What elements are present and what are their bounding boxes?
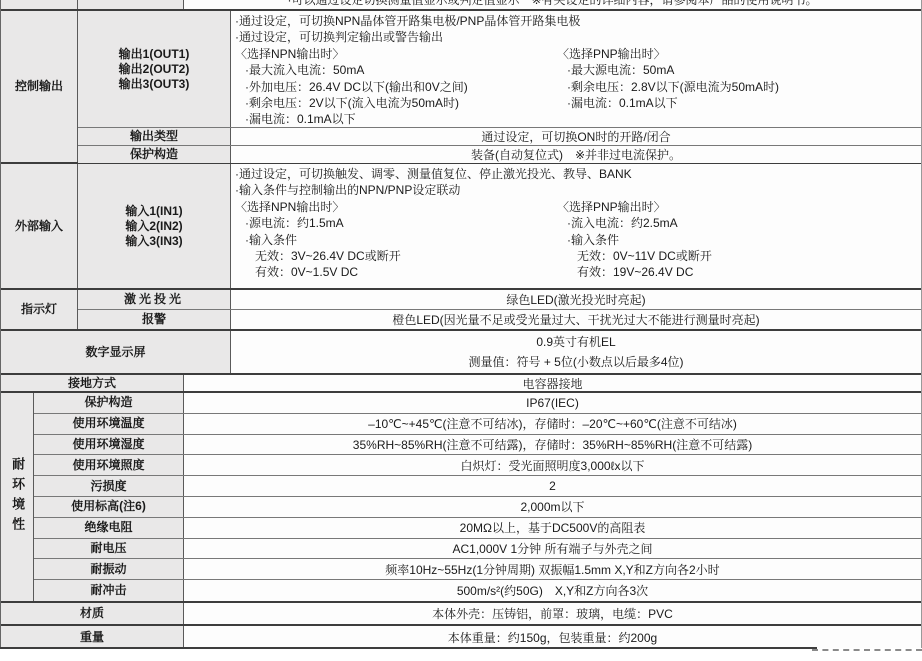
laser-indicator-value: 绿色LED(激光投光时亮起)	[231, 290, 921, 309]
env-shock-row: 耐冲击 500m/s²(约50G) X,Y和Z方向各3次	[34, 580, 921, 601]
input-npn-line4: 有效：0V~1.5V DC	[235, 264, 557, 280]
npn-line4: ·漏电流：0.1mA以下	[235, 111, 557, 127]
spec-sheet-page: ·可以通过设定切换测量值显示或判定值显示 ※有关设定的详细内容，请参阅本产品的使…	[0, 0, 922, 661]
pnp-line3: ·漏电流：0.1mA以下	[557, 95, 921, 111]
clipped-row-label-b	[78, 0, 184, 9]
material-value: 本体外壳：压铸铝，前罩：玻璃，电缆：PVC	[184, 603, 921, 624]
external-input-detail: ·通过设定，可切换触发、调零、测量值复位、停止激光投光、教导、BANK ·输入条…	[231, 164, 921, 288]
output2-label: 输出2(OUT2)	[119, 62, 190, 77]
npn-line3: ·剩余电压：2V以下(流入电流为50mA时)	[235, 95, 557, 111]
env-insulation-row: 绝缘电阻 20MΩ以上，基于DC500V的高阻表	[34, 518, 921, 539]
table-bottom-border	[0, 647, 817, 649]
digital-display-row: 数字显示屏 0.9英寸有机EL 测量值：符号 + 5位(小数点以后最多4位)	[1, 331, 921, 375]
material-label: 材质	[1, 603, 184, 624]
npn-header: 〈选择NPN输出时〉	[235, 46, 557, 62]
external-input-section: 外部输入 输入1(IN1) 输入2(IN2) 输入3(IN3) ·通过设定，可切…	[1, 164, 921, 290]
env-temperature-value: –10℃~+45℃(注意不可结冰)，存储时：–20℃~+60℃(注意不可结冰)	[184, 414, 921, 434]
material-row: 材质 本体外壳：压铸铝，前罩：玻璃，电缆：PVC	[1, 603, 921, 626]
env-withstand-voltage-value: AC1,000V 1分钟 所有端子与外壳之间	[184, 539, 921, 559]
clipped-row-label-a	[1, 0, 78, 9]
specification-table: ·可以通过设定切换测量值显示或判定值显示 ※有关设定的详细内容，请参阅本产品的使…	[0, 0, 922, 648]
input-pnp-line2: ·输入条件	[557, 232, 921, 248]
env-withstand-voltage-row: 耐电压 AC1,000V 1分钟 所有端子与外壳之间	[34, 539, 921, 560]
env-insulation-value: 20MΩ以上，基于DC500V的高阻表	[184, 518, 921, 538]
env-vibration-value: 频率10Hz~55Hz(1分钟周期) 双振幅1.5mm X,Y和Z方向各2小时	[184, 559, 921, 579]
input-pnp-line1: ·流入电流：约2.5mA	[557, 215, 921, 231]
env-protection-value: IP67(IEC)	[184, 393, 921, 413]
environment-vertical-text: 耐环境性	[9, 457, 25, 537]
clipped-row-content: ·可以通过设定切换测量值显示或判定值显示 ※有关设定的详细内容，请参阅本产品的使…	[184, 0, 921, 9]
alarm-indicator-label: 报警	[78, 310, 231, 329]
inputs-label: 输入1(IN1) 输入2(IN2) 输入3(IN3)	[78, 164, 231, 288]
input-npn-line3: 无效：3V~26.4V DC或断开	[235, 248, 557, 264]
outputs-label: 输出1(OUT1) 输出2(OUT2) 输出3(OUT3)	[78, 11, 231, 127]
grounding-label: 接地方式	[1, 375, 184, 391]
output-type-row: 输出类型 通过设定，可切换ON时的开路/闭合	[78, 128, 921, 146]
npn-line2: ·外加电压：26.4V DC以下(输出和0V之间)	[235, 79, 557, 95]
env-illuminance-row: 使用环境照度 白炽灯：受光面照明度3,000ℓx以下	[34, 455, 921, 476]
output-protection-row: 保护构造 装备(自动复位式) ※并非过电流保护。	[78, 146, 921, 163]
alarm-indicator-value: 橙色LED(因光量不足或受光量过大、干扰光过大不能进行测量时亮起)	[231, 310, 921, 329]
laser-indicator-row: 激光投光 绿色LED(激光投光时亮起)	[78, 290, 921, 310]
env-temperature-row: 使用环境温度 –10℃~+45℃(注意不可结冰)，存储时：–20℃~+60℃(注…	[34, 414, 921, 435]
control-output-bullet1: ·通过设定，可切换NPN晶体管开路集电极/PNP晶体管开路集电极	[235, 13, 921, 29]
env-pollution-label: 污损度	[34, 476, 184, 496]
control-output-main-row: 输出1(OUT1) 输出2(OUT2) 输出3(OUT3) ·通过设定，可切换N…	[78, 11, 921, 128]
env-withstand-voltage-label: 耐电压	[34, 539, 184, 559]
grounding-row: 接地方式 电容器接地	[1, 375, 921, 393]
pnp-line2: ·剩余电压：2.8V以下(源电流为50mA时)	[557, 79, 921, 95]
output-type-label: 输出类型	[78, 128, 231, 145]
output-protection-value: 装备(自动复位式) ※并非过电流保护。	[231, 146, 921, 163]
external-input-npn-column: 〈选择NPN输出时〉 ·源电流：约1.5mA ·输入条件 无效：3V~26.4V…	[235, 199, 557, 281]
pnp-header: 〈选择PNP输出时〉	[557, 46, 921, 62]
env-altitude-label: 使用标高(注6)	[34, 497, 184, 517]
grounding-value: 电容器接地	[184, 375, 921, 391]
control-output-npn-column: 〈选择NPN输出时〉 ·最大流入电流：50mA ·外加电压：26.4V DC以下…	[235, 46, 557, 128]
clipped-row-text: ·可以通过设定切换测量值显示或判定值显示 ※有关设定的详细内容，请参阅本产品的使…	[287, 0, 817, 8]
indicator-section-label: 指示灯	[1, 290, 78, 329]
dashed-cutoff-line	[812, 649, 922, 651]
weight-label: 重量	[1, 626, 184, 648]
env-altitude-row: 使用标高(注6) 2,000m以下	[34, 497, 921, 518]
control-output-columns: 〈选择NPN输出时〉 ·最大流入电流：50mA ·外加电压：26.4V DC以下…	[235, 46, 921, 128]
input-npn-header: 〈选择NPN输出时〉	[235, 199, 557, 215]
env-protection-row: 保护构造 IP67(IEC)	[34, 393, 921, 414]
environment-section: 耐环境性 保护构造 IP67(IEC) 使用环境温度 –10℃~+45℃(注意不…	[1, 393, 921, 603]
input-pnp-line4: 有效：19V~26.4V DC	[557, 264, 921, 280]
env-humidity-value: 35%RH~85%RH(注意不可结露)，存储时：35%RH~85%RH(注意不可…	[184, 435, 921, 455]
npn-line1: ·最大流入电流：50mA	[235, 62, 557, 78]
env-vibration-label: 耐振动	[34, 559, 184, 579]
pnp-line1: ·最大源电流：50mA	[557, 62, 921, 78]
environment-section-label: 耐环境性	[1, 393, 34, 601]
external-input-columns: 〈选择NPN输出时〉 ·源电流：约1.5mA ·输入条件 无效：3V~26.4V…	[235, 199, 921, 281]
alarm-indicator-row: 报警 橙色LED(因光量不足或受光量过大、干扰光过大不能进行测量时亮起)	[78, 310, 921, 329]
input-pnp-line3: 无效：0V~11V DC或断开	[557, 248, 921, 264]
env-illuminance-value: 白炽灯：受光面照明度3,000ℓx以下	[184, 455, 921, 475]
output1-label: 输出1(OUT1)	[119, 47, 190, 62]
control-output-section-label: 控制输出	[1, 11, 78, 162]
external-input-pnp-column: 〈选择PNP输出时〉 ·流入电流：约2.5mA ·输入条件 无效：0V~11V …	[557, 199, 921, 281]
env-shock-label: 耐冲击	[34, 580, 184, 601]
laser-indicator-label: 激光投光	[78, 290, 231, 309]
input-npn-line1: ·源电流：约1.5mA	[235, 215, 557, 231]
control-output-pnp-column: 〈选择PNP输出时〉 ·最大源电流：50mA ·剩余电压：2.8V以下(源电流为…	[557, 46, 921, 128]
env-protection-label: 保护构造	[34, 393, 184, 413]
input-pnp-header: 〈选择PNP输出时〉	[557, 199, 921, 215]
env-vibration-row: 耐振动 频率10Hz~55Hz(1分钟周期) 双振幅1.5mm X,Y和Z方向各…	[34, 559, 921, 580]
control-output-detail: ·通过设定，可切换NPN晶体管开路集电极/PNP晶体管开路集电极 ·通过设定，可…	[231, 11, 921, 127]
env-temperature-label: 使用环境温度	[34, 414, 184, 434]
control-output-section: 控制输出 输出1(OUT1) 输出2(OUT2) 输出3(OUT3) ·通过设定…	[1, 11, 921, 164]
display-line1: 0.9英寸有机EL	[536, 332, 615, 352]
clipped-row: ·可以通过设定切换测量值显示或判定值显示 ※有关设定的详细内容，请参阅本产品的使…	[1, 0, 921, 11]
control-output-bullet2: ·通过设定，可切换判定输出或警告输出	[235, 29, 921, 45]
output-protection-label: 保护构造	[78, 146, 231, 163]
digital-display-label: 数字显示屏	[1, 331, 231, 373]
input1-label: 输入1(IN1)	[125, 204, 182, 219]
input-npn-line2: ·输入条件	[235, 232, 557, 248]
weight-value: 本体重量：约150g，包装重量：约200g	[184, 626, 921, 648]
env-shock-value: 500m/s²(约50G) X,Y和Z方向各3次	[184, 580, 921, 601]
weight-row: 重量 本体重量：约150g，包装重量：约200g	[1, 626, 921, 648]
external-input-bullet1: ·通过设定，可切换触发、调零、测量值复位、停止激光投光、教导、BANK	[235, 166, 921, 182]
external-input-bullet2: ·输入条件与控制输出的NPN/PNP设定联动	[235, 182, 921, 198]
display-line2: 测量值：符号 + 5位(小数点以后最多4位)	[468, 352, 683, 372]
external-input-section-label: 外部输入	[1, 164, 78, 288]
indicator-section: 指示灯 激光投光 绿色LED(激光投光时亮起) 报警 橙色LED(因光量不足或受…	[1, 290, 921, 331]
output3-label: 输出3(OUT3)	[119, 77, 190, 92]
env-humidity-row: 使用环境湿度 35%RH~85%RH(注意不可结露)，存储时：35%RH~85%…	[34, 435, 921, 456]
env-pollution-row: 污损度 2	[34, 476, 921, 497]
input2-label: 输入2(IN2)	[125, 219, 182, 234]
env-illuminance-label: 使用环境照度	[34, 455, 184, 475]
digital-display-value: 0.9英寸有机EL 测量值：符号 + 5位(小数点以后最多4位)	[231, 331, 921, 373]
env-pollution-value: 2	[184, 476, 921, 496]
env-insulation-label: 绝缘电阻	[34, 518, 184, 538]
output-type-value: 通过设定，可切换ON时的开路/闭合	[231, 128, 921, 145]
input3-label: 输入3(IN3)	[125, 234, 182, 249]
env-humidity-label: 使用环境湿度	[34, 435, 184, 455]
env-altitude-value: 2,000m以下	[184, 497, 921, 517]
